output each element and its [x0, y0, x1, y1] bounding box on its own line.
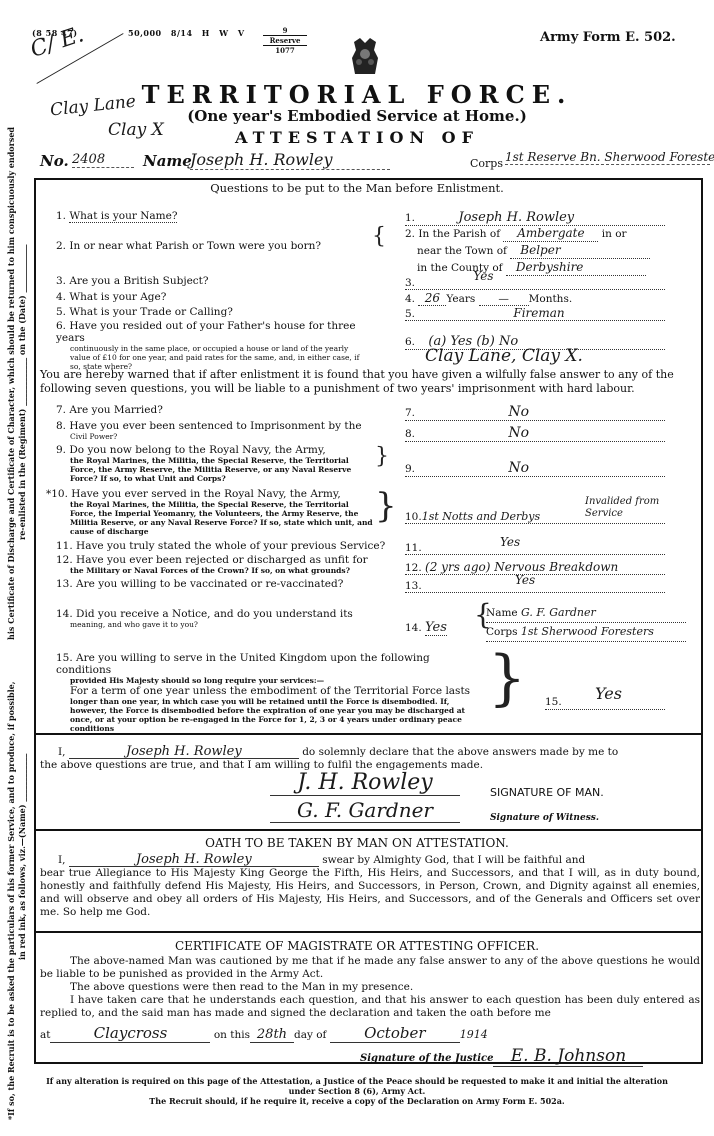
form-subtitle: (One year's Embodied Service at Home.): [0, 107, 714, 125]
day-of-label: day of: [294, 1029, 326, 1041]
notice-corps: 1st Sherwood Foresters: [521, 625, 654, 638]
section-divider: [34, 733, 703, 735]
section-divider: [34, 931, 703, 933]
question-text: Are you a British Subject?: [69, 275, 208, 287]
question-12: 12. Have you ever been rejected or disch…: [56, 554, 376, 575]
answer-7: 7. No: [405, 404, 665, 421]
answer-number: 5.: [405, 308, 415, 320]
question-subtext: the Military or Naval Forces of the Crow…: [56, 566, 376, 575]
certificate-date-line: atClaycross on this28thday of October191…: [40, 1024, 488, 1043]
warning-text: You are hereby warned that if after enli…: [40, 368, 700, 396]
parish-suffix: in or: [602, 228, 627, 240]
oath-name: Joseph H. Rowley: [69, 853, 319, 867]
question-text: What is your Age?: [69, 291, 166, 303]
question-6: 6. Have you resided out of your Father's…: [56, 320, 366, 371]
question-13: 13. Are you willing to be vaccinated or …: [56, 578, 343, 590]
day-value: 28th: [250, 1027, 294, 1043]
answer-value: Fireman: [513, 306, 564, 320]
answer-14: 14. Yes: [405, 620, 447, 635]
answer-8: 8. No: [405, 425, 665, 442]
certificate-para-3: I have taken care that he understands ea…: [40, 994, 700, 1020]
answer-6-address: Clay Lane, Clay X.: [425, 346, 583, 366]
question-10: *10. Have you ever served in the Royal N…: [46, 488, 376, 536]
answer-number: 14.: [405, 622, 422, 634]
question-number: 15.: [56, 652, 73, 664]
question-number: 6.: [56, 320, 66, 332]
margin-note-lower-2: in red ink, as follows, viz.—(Name) ____…: [17, 754, 27, 960]
corps-label: Corps: [470, 157, 503, 170]
at-label: at: [40, 1029, 50, 1041]
certificate-para-2: The above questions were then read to th…: [40, 981, 700, 994]
brace-icon: }: [488, 648, 526, 708]
number-label: No.: [40, 152, 69, 170]
questions-header: Questions to be put to the Man before En…: [0, 181, 714, 195]
answer-number: 13.: [405, 580, 422, 592]
answer-5: 5. Fireman: [405, 306, 665, 321]
question-7: 7. Are you Married?: [56, 404, 163, 416]
answer-value: 1st Notts and Derbys: [422, 510, 540, 523]
question-number: 9.: [56, 444, 66, 456]
question-1: 1. What is your Name?: [56, 210, 376, 222]
answer-number: 1.: [405, 212, 415, 224]
answer-13: 13. Yes: [405, 578, 665, 593]
question-number: 14.: [56, 608, 73, 620]
section-divider: [34, 829, 703, 831]
answer-15: 15. Yes: [545, 690, 665, 710]
question-number: 3.: [56, 275, 66, 287]
answer-value: Yes: [515, 573, 535, 587]
question-number: 12.: [56, 554, 73, 566]
question-text: Are you willing to be vaccinated or re-v…: [76, 578, 343, 590]
question-text: Have you truly stated the whole of your …: [76, 540, 385, 552]
margin-note-upper-2: re-enlisted in the (Regiment) __________…: [17, 245, 27, 540]
signature-witness-label: Signature of Witness.: [490, 813, 599, 823]
answer-12: 12. (2 yrs ago) Nervous Breakdown: [405, 560, 665, 575]
question-subtext: provided His Majesty should so long requ…: [56, 676, 486, 685]
oath-prefix: I,: [58, 854, 66, 866]
year-value: 1914: [460, 1028, 488, 1041]
question-number: 1.: [56, 210, 66, 222]
print-run: 50,000 8/14 H W V: [128, 28, 245, 38]
signature-man-label: SIGNATURE OF MAN.: [490, 786, 604, 799]
answer-value: No: [508, 425, 529, 441]
footer-note: If any alteration is required on this pa…: [0, 1076, 714, 1106]
question-text: Have you resided out of your Father's ho…: [56, 320, 356, 344]
month-value: October: [330, 1024, 460, 1043]
term-text: For a term of one year unless the embodi…: [56, 685, 486, 697]
corps-value: 1st Reserve Bn. Sherwood Foresters: [505, 150, 710, 165]
question-subtext: continuously in the same place, or occup…: [56, 344, 366, 371]
question-9: 9. Do you now belong to the Royal Navy, …: [56, 444, 376, 483]
question-number: 2.: [56, 240, 66, 252]
answer-11: 11. Yes: [405, 540, 665, 555]
answer-3: 3. Yes: [405, 275, 665, 290]
question-14: 14. Did you receive a Notice, and do you…: [56, 608, 376, 629]
signature-man: J. H. Rowley: [270, 770, 460, 796]
question-4: 4. What is your Age?: [56, 291, 166, 303]
declaration: I, Joseph H. Rowley do solemnly declare …: [40, 745, 700, 772]
question-11: 11. Have you truly stated the whole of y…: [56, 540, 385, 552]
answer-value: (2 yrs ago) Nervous Breakdown: [425, 560, 618, 574]
question-number: *10.: [46, 488, 68, 500]
declaration-prefix: I,: [58, 746, 66, 758]
months-label: Months.: [529, 293, 573, 305]
oath-title: OATH TO BE TAKEN BY MAN ON ATTESTATION.: [0, 836, 714, 850]
age-months: —: [479, 293, 529, 306]
answer-number: 9.: [405, 463, 415, 475]
justice-signature: E. B. Johnson: [493, 1046, 643, 1067]
question-text: What is your Trade or Calling?: [69, 306, 233, 318]
declaration-name: Joseph H. Rowley: [69, 745, 299, 759]
question-text: What is your Name?: [69, 210, 177, 223]
question-number: 8.: [56, 420, 66, 432]
town-label: near the Town of: [417, 245, 507, 257]
army-form-number: Army Form E. 502.: [540, 30, 676, 45]
parish-value: Ambergate: [503, 225, 598, 242]
question-subtext: the Royal Marines, the Militia, the Spec…: [46, 500, 376, 536]
signature-witness: G. F. Gardner: [270, 798, 460, 823]
answer-number: 6.: [405, 336, 415, 348]
answer-value: Yes: [425, 620, 447, 636]
question-text: Are you Married?: [69, 404, 162, 416]
certificate-title: CERTIFICATE OF MAGISTRATE OR ATTESTING O…: [0, 939, 714, 953]
answer-number: 3.: [405, 277, 415, 289]
certificate-para-1: The above-named Man was cautioned by me …: [40, 955, 700, 981]
question-number: 7.: [56, 404, 66, 416]
oath-text-2: bear true Allegiance to His Majesty King…: [40, 867, 700, 919]
question-5: 5. What is your Trade or Calling?: [56, 306, 233, 318]
question-15: 15. Are you willing to serve in the Unit…: [56, 652, 486, 733]
footer-line-2: under Section 8 (6), Army Act.: [0, 1086, 714, 1096]
reserve-stamp: 9 Reserve 1077: [263, 26, 307, 55]
answer-number: 2.: [405, 228, 415, 240]
name-label: Name: [143, 152, 192, 170]
place-value: Claycross: [50, 1024, 210, 1043]
notice-name: G. F. Gardner: [521, 606, 596, 619]
oath-text: I, Joseph H. Rowley swear by Almighty Go…: [40, 853, 700, 919]
answer-value: Yes: [595, 684, 622, 703]
question-3: 3. Are you a British Subject?: [56, 275, 209, 287]
answer-number: 7.: [405, 407, 415, 419]
reserve-top: 9: [263, 26, 307, 35]
oath-text-1: swear by Almighty God, that I will be fa…: [322, 854, 585, 866]
margin-note-lower: *If so, the Recruit is to be asked the p…: [6, 681, 16, 1120]
question-text: In or near what Parish or Town were you …: [69, 240, 321, 252]
question-text: Did you receive a Notice, and do you und…: [76, 608, 353, 620]
reserve-number: 1077: [263, 46, 307, 55]
royal-crest-icon: [350, 36, 380, 76]
justice-signature-line: Signature of the JusticeE. B. Johnson: [360, 1046, 643, 1067]
footer-line-3: The Recruit should, if he require it, re…: [0, 1096, 714, 1106]
certificate-text: The above-named Man was cautioned by me …: [40, 955, 700, 1020]
attestation-heading: ATTESTATION OF: [0, 128, 714, 147]
question-subtext: meaning, and who gave it to you?: [56, 620, 376, 629]
question-number: 13.: [56, 578, 73, 590]
question-number: 4.: [56, 291, 66, 303]
question-number: 5.: [56, 306, 66, 318]
answer-9: 9. No: [405, 460, 665, 477]
answer-value: Joseph H. Rowley: [458, 210, 574, 225]
reserve-label: Reserve: [263, 35, 307, 46]
margin-note-upper: his Certificate of Discharge and Certifi…: [6, 127, 16, 640]
question-subtext: Civil Power?: [56, 432, 376, 441]
age-years: 26: [418, 291, 446, 306]
brace-icon: }: [375, 446, 389, 468]
brace-icon: {: [372, 226, 386, 248]
form-title: TERRITORIAL FORCE.: [0, 80, 714, 109]
answer-10-cause: Invalided from Service: [585, 496, 665, 520]
parish-label: In the Parish of: [418, 228, 500, 240]
question-text: Do you now belong to the Royal Navy, the…: [69, 444, 325, 456]
term-subtext: longer than one year, in which case you …: [56, 697, 486, 733]
question-text: Have you ever served in the Royal Navy, …: [71, 488, 340, 500]
name-value: Joseph H. Rowley: [190, 150, 390, 170]
town-value: Belper: [510, 242, 650, 259]
question-subtext: the Royal Marines, the Militia, the Spec…: [56, 456, 376, 483]
notice-name-label: Name: [486, 607, 518, 619]
justice-label: Signature of the Justice: [360, 1053, 493, 1064]
notice-details: Name G. F. Gardner Corps 1st Sherwood Fo…: [486, 604, 686, 642]
question-text: Have you ever been sentenced to Imprison…: [69, 420, 361, 432]
question-number: 11.: [56, 540, 73, 552]
answer-number: 10.: [405, 511, 422, 523]
number-value: 2408: [72, 152, 134, 168]
question-2: 2. In or near what Parish or Town were y…: [56, 240, 356, 252]
answer-number: 11.: [405, 542, 422, 554]
county-value: Derbyshire: [506, 259, 646, 276]
answer-number: 15.: [545, 696, 562, 708]
notice-corps-label: Corps: [486, 626, 518, 638]
answer-value: Yes: [473, 269, 493, 283]
brace-icon: }: [375, 495, 397, 517]
question-text: Are you willing to serve in the United K…: [56, 652, 430, 676]
answer-number: 4.: [405, 293, 415, 305]
question-text: Have you ever been rejected or discharge…: [76, 554, 368, 566]
footer-line-1: If any alteration is required on this pa…: [0, 1076, 714, 1086]
on-this-label: on this: [214, 1029, 250, 1041]
answer-number: 8.: [405, 428, 415, 440]
years-label: Years: [446, 293, 475, 305]
answer-value: Yes: [500, 535, 520, 549]
answer-value: No: [508, 460, 529, 476]
answer-4: 4. 26Years —Months.: [405, 291, 665, 306]
answer-number: 12.: [405, 562, 422, 574]
answer-1: 1. Joseph H. Rowley: [405, 210, 665, 226]
question-8: 8. Have you ever been sentenced to Impri…: [56, 420, 376, 441]
declaration-text: do solemnly declare that the above answe…: [302, 746, 618, 758]
answer-2: 2. In the Parish of Ambergate in or near…: [405, 225, 675, 276]
answer-value: No: [508, 404, 529, 420]
